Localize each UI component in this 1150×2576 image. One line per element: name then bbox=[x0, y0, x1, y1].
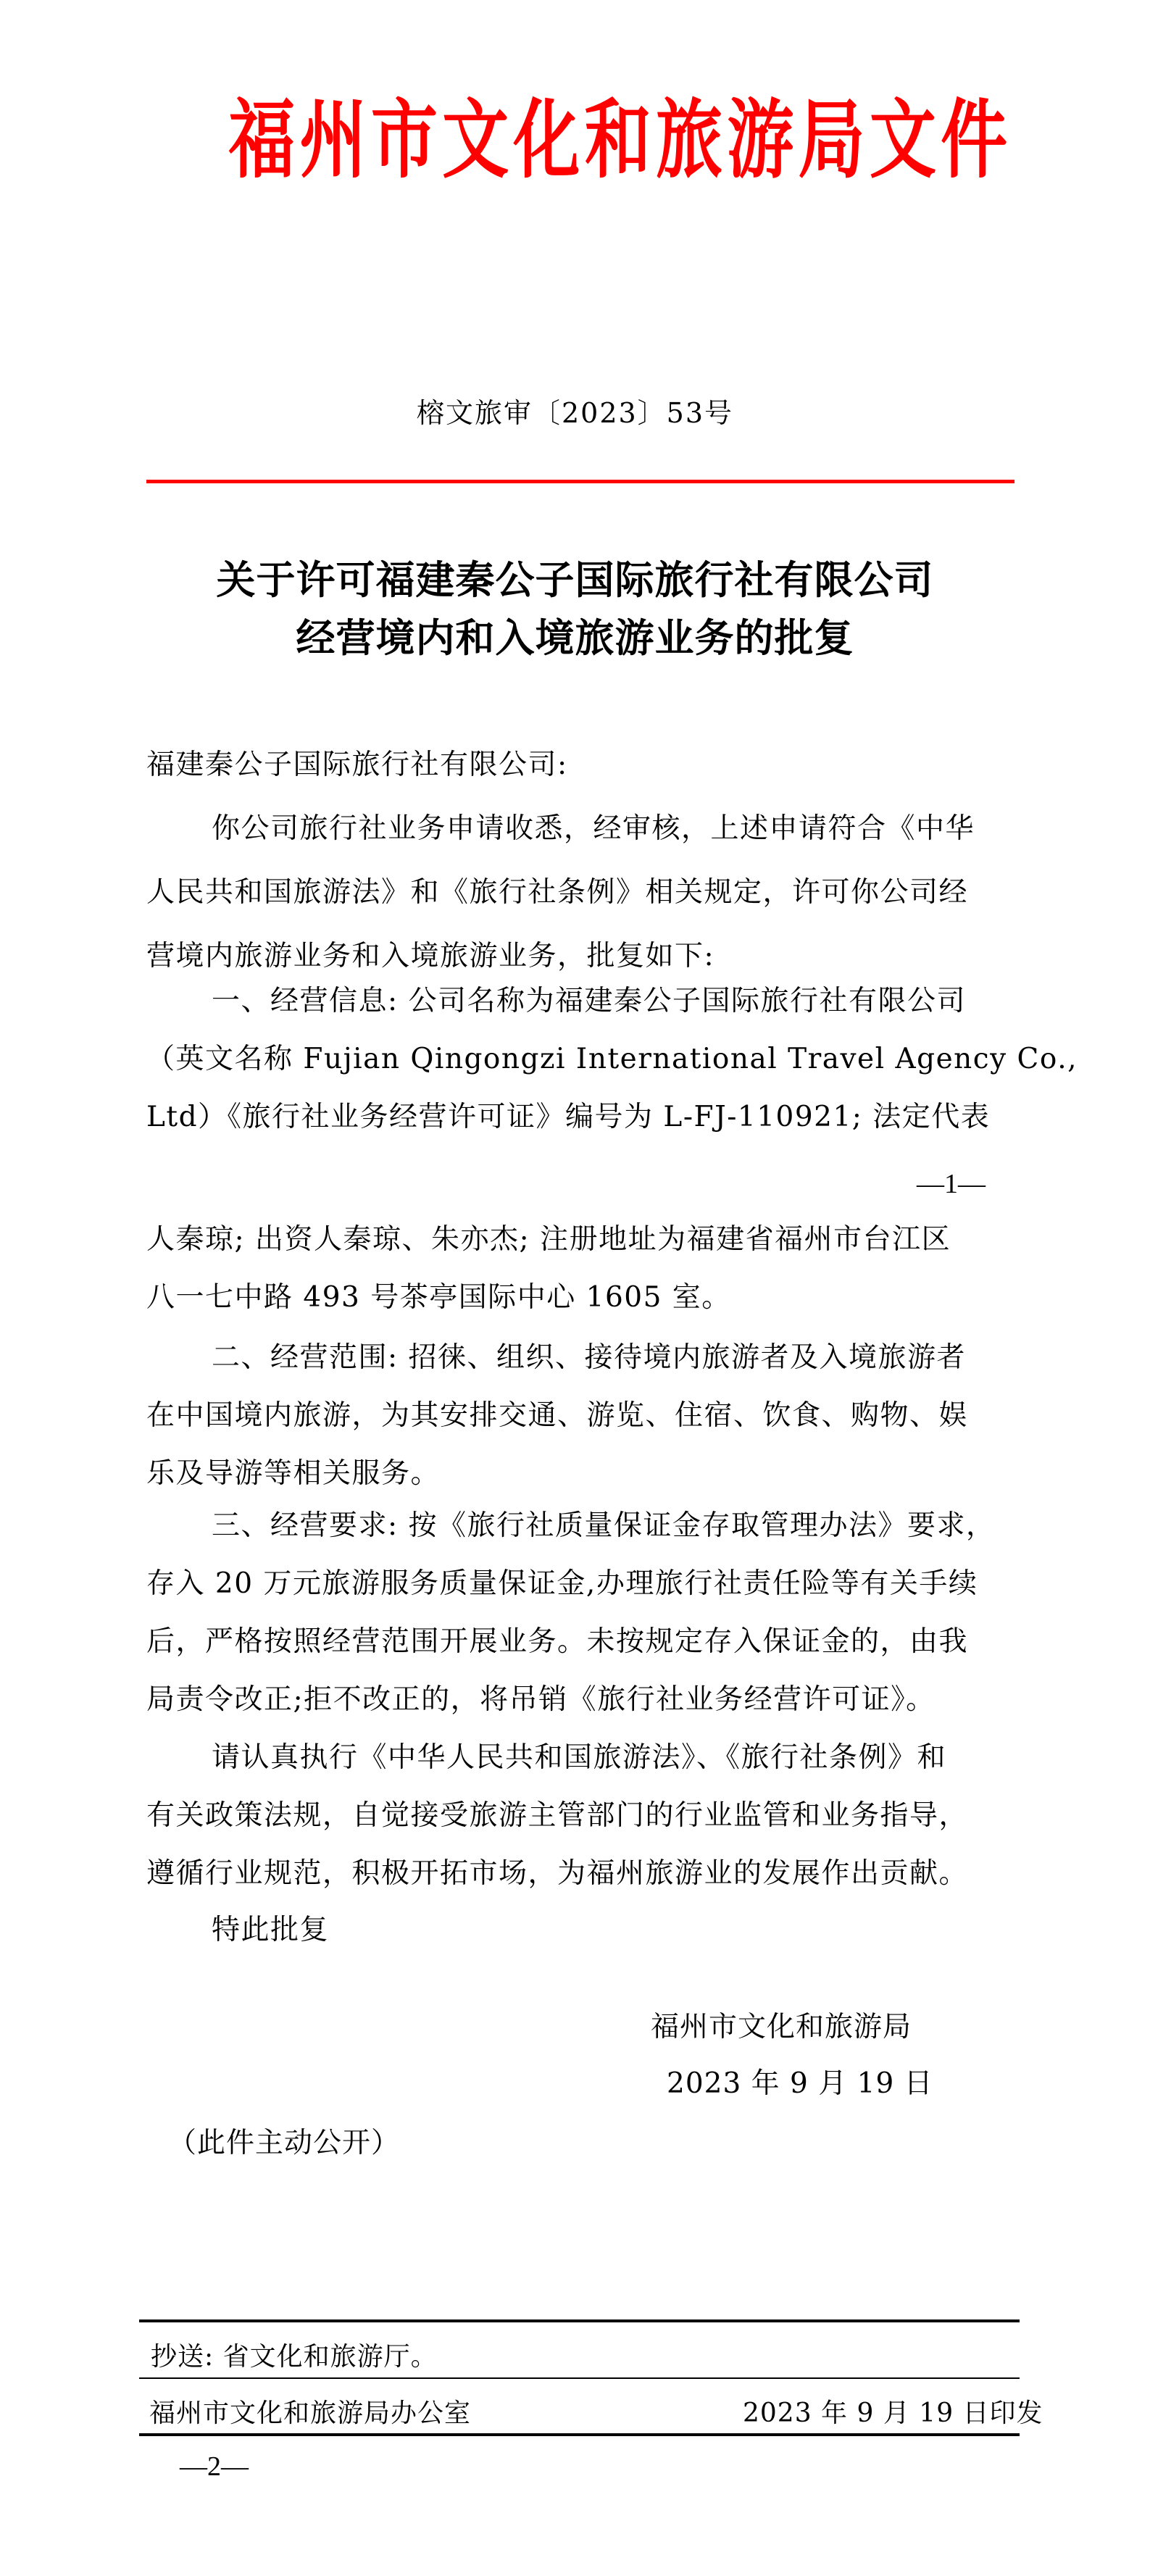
body-line: 遵循行业规范，积极开拓市场，为福州旅游业的发展作出贡献。 bbox=[146, 1842, 1016, 1906]
body-line: 局责令改正;拒不改正的，将吊销《旅行社业务经营许可证》。 bbox=[146, 1668, 1016, 1732]
body-line: 你公司旅行社业务申请收悉，经审核，上述申请符合《中华 bbox=[146, 797, 1081, 861]
page-number-1: —1— bbox=[917, 1168, 986, 1200]
body-line: 人秦琼; 出资人秦琼、朱亦杰; 注册地址为福建省福州市台江区 bbox=[146, 1208, 1016, 1272]
body-line: 三、经营要求: 按《旅行社质量保证金存取管理办法》要求， bbox=[146, 1494, 1081, 1558]
document-title-line2: 经营境内和入境旅游业务的批复 bbox=[0, 609, 1150, 667]
footer-rule-bottom bbox=[139, 2433, 1020, 2436]
signature-issuer: 福州市文化和旅游局 bbox=[651, 2006, 912, 2049]
body-line: 存入 20 万元旅游服务质量保证金,办理旅行社责任险等有关手续 bbox=[146, 1552, 1016, 1616]
body-line: 二、经营范围: 招徕、组织、接待境内旅游者及入境旅游者 bbox=[146, 1326, 1081, 1390]
body-line: 八一七中路 493 号茶亭国际中心 1605 室。 bbox=[146, 1266, 1016, 1330]
document-number: 榕文旅审〔2023〕53号 bbox=[0, 391, 1150, 435]
body-line: 在中国境内旅游，为其安排交通、游览、住宿、饮食、购物、娱 bbox=[146, 1384, 1016, 1448]
print-date: 2023 年 9 月 19 日印发 bbox=[743, 2396, 1043, 2432]
body-line: 一、经营信息: 公司名称为福建秦公子国际旅行社有限公司 bbox=[146, 970, 1081, 1033]
issuer-banner: 福州市文化和旅游局文件 bbox=[228, 86, 923, 194]
body-line: 有关政策法规，自觉接受旅游主管部门的行业监管和业务指导， bbox=[146, 1784, 1016, 1848]
body-line: 后，严格按照经营范围开展业务。未按规定存入保证金的，由我 bbox=[146, 1610, 1016, 1674]
addressee: 福建秦公子国际旅行社有限公司: bbox=[146, 733, 1016, 797]
footer-rule-top bbox=[139, 2319, 1020, 2322]
page-number-2: —2— bbox=[180, 2451, 249, 2483]
red-divider bbox=[146, 480, 1014, 483]
footer-rule-middle bbox=[139, 2377, 1020, 2379]
signature-date: 2023 年 9 月 19 日 bbox=[667, 2062, 933, 2106]
body-line: （英文名称 Fujian Qingongzi International Tra… bbox=[146, 1028, 1016, 1091]
issuing-office: 福州市文化和旅游局办公室 bbox=[149, 2396, 471, 2432]
closing-phrase: 特此批复 bbox=[146, 1898, 1081, 1962]
body-line: 人民共和国旅游法》和《旅行社条例》相关规定，许可你公司经 bbox=[146, 861, 1016, 925]
cc-line: 抄送: 省文化和旅游厅。 bbox=[151, 2339, 438, 2375]
body-line: Ltd）《旅行社业务经营许可证》编号为 L-FJ-110921; 法定代表 bbox=[146, 1085, 1016, 1149]
body-line: 请认真执行《中华人民共和国旅游法》、《旅行社条例》和 bbox=[146, 1726, 1081, 1790]
disclosure-note: （此件主动公开） bbox=[168, 2122, 400, 2165]
document-title-line1: 关于许可福建秦公子国际旅行社有限公司 bbox=[0, 551, 1150, 609]
